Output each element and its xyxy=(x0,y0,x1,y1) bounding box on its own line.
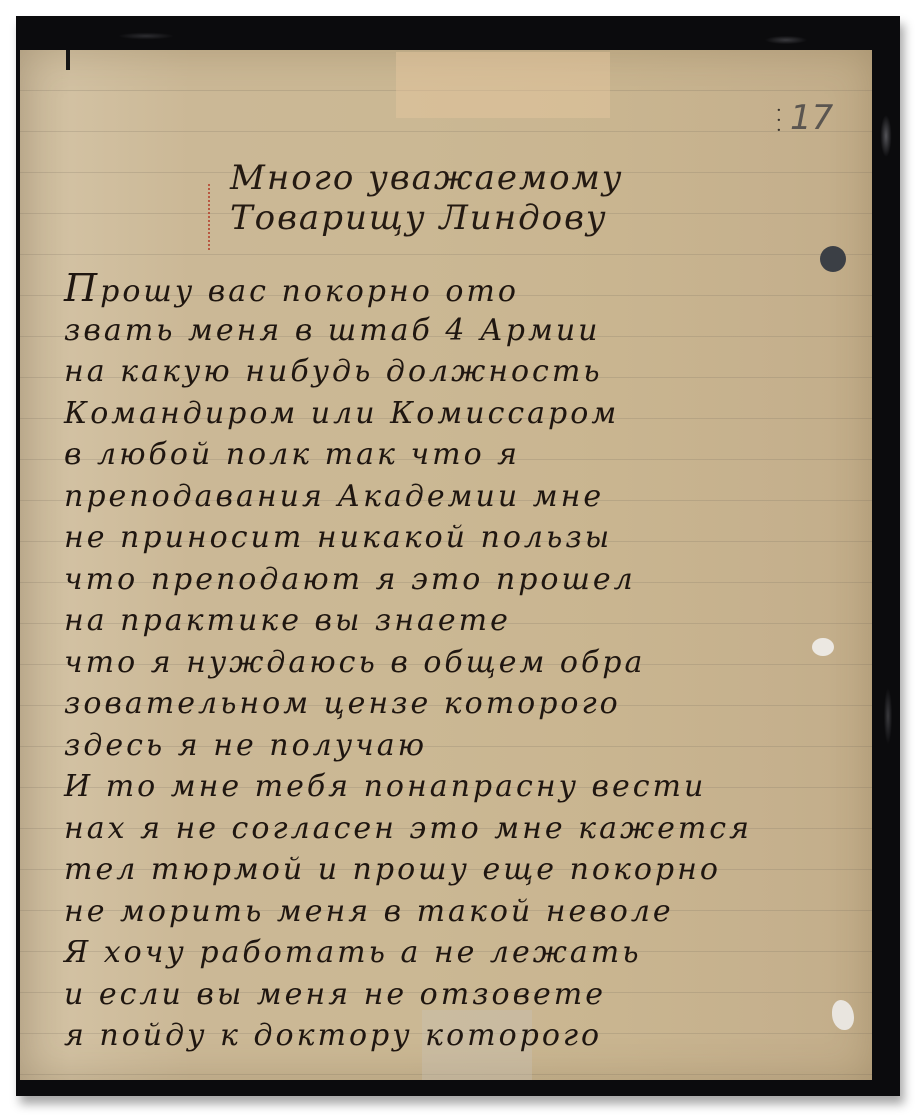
letter-line: зовательном цензе которого xyxy=(64,683,864,725)
letter-line: нах я не согласен это мне кажется xyxy=(64,808,864,850)
salutation-line-1: Много уважаемому xyxy=(230,158,624,198)
letter-line: что преподают я это прошел xyxy=(64,559,864,601)
letter-line: Прошу вас покорно ото xyxy=(64,268,864,310)
letter-line: здесь я не получаю xyxy=(64,725,864,767)
letter-line: не морить меня в такой неволе xyxy=(64,891,864,933)
letter-line: Командиром или Комиссаром xyxy=(64,393,864,435)
letter-line: Я хочу работать а не лежать xyxy=(64,932,864,974)
folio-number: 17 xyxy=(790,98,833,138)
letter-body: Прошу вас покорно ото звать меня в штаб … xyxy=(64,268,864,1057)
letter-line: звать меня в штаб 4 Армии xyxy=(64,310,864,352)
folio-dots: ··· xyxy=(776,106,782,136)
salutation-line-2: Товарищу Линдову xyxy=(230,198,624,238)
letter-line: преподавания Академии мне xyxy=(64,476,864,518)
letter-line: тел тюрмой и прошу еще покорно xyxy=(64,849,864,891)
archive-mount: ··· 17 Много уважаемому Товарищу Линдову… xyxy=(16,16,900,1096)
letter-line: я пойду к доктору которого xyxy=(64,1015,864,1057)
tape-residue-top xyxy=(396,52,610,118)
letter-line: на практике вы знаете xyxy=(64,600,864,642)
letter-line: не приносит никакой пользы xyxy=(64,517,864,559)
salutation: Много уважаемому Товарищу Линдову xyxy=(230,158,624,238)
letter-line: что я нуждаюсь в общем обра xyxy=(64,642,864,684)
letter-line: и если вы меня не отзовете xyxy=(64,974,864,1016)
letter-line: И то мне тебя понапрасну вести xyxy=(64,766,864,808)
letter-sheet: ··· 17 Много уважаемому Товарищу Линдову… xyxy=(20,50,872,1080)
letter-line: в любой полк так что я xyxy=(64,434,864,476)
red-pencil-bracket xyxy=(208,184,216,250)
letter-line: на какую нибудь должность xyxy=(64,351,864,393)
margin-mark xyxy=(66,50,70,70)
